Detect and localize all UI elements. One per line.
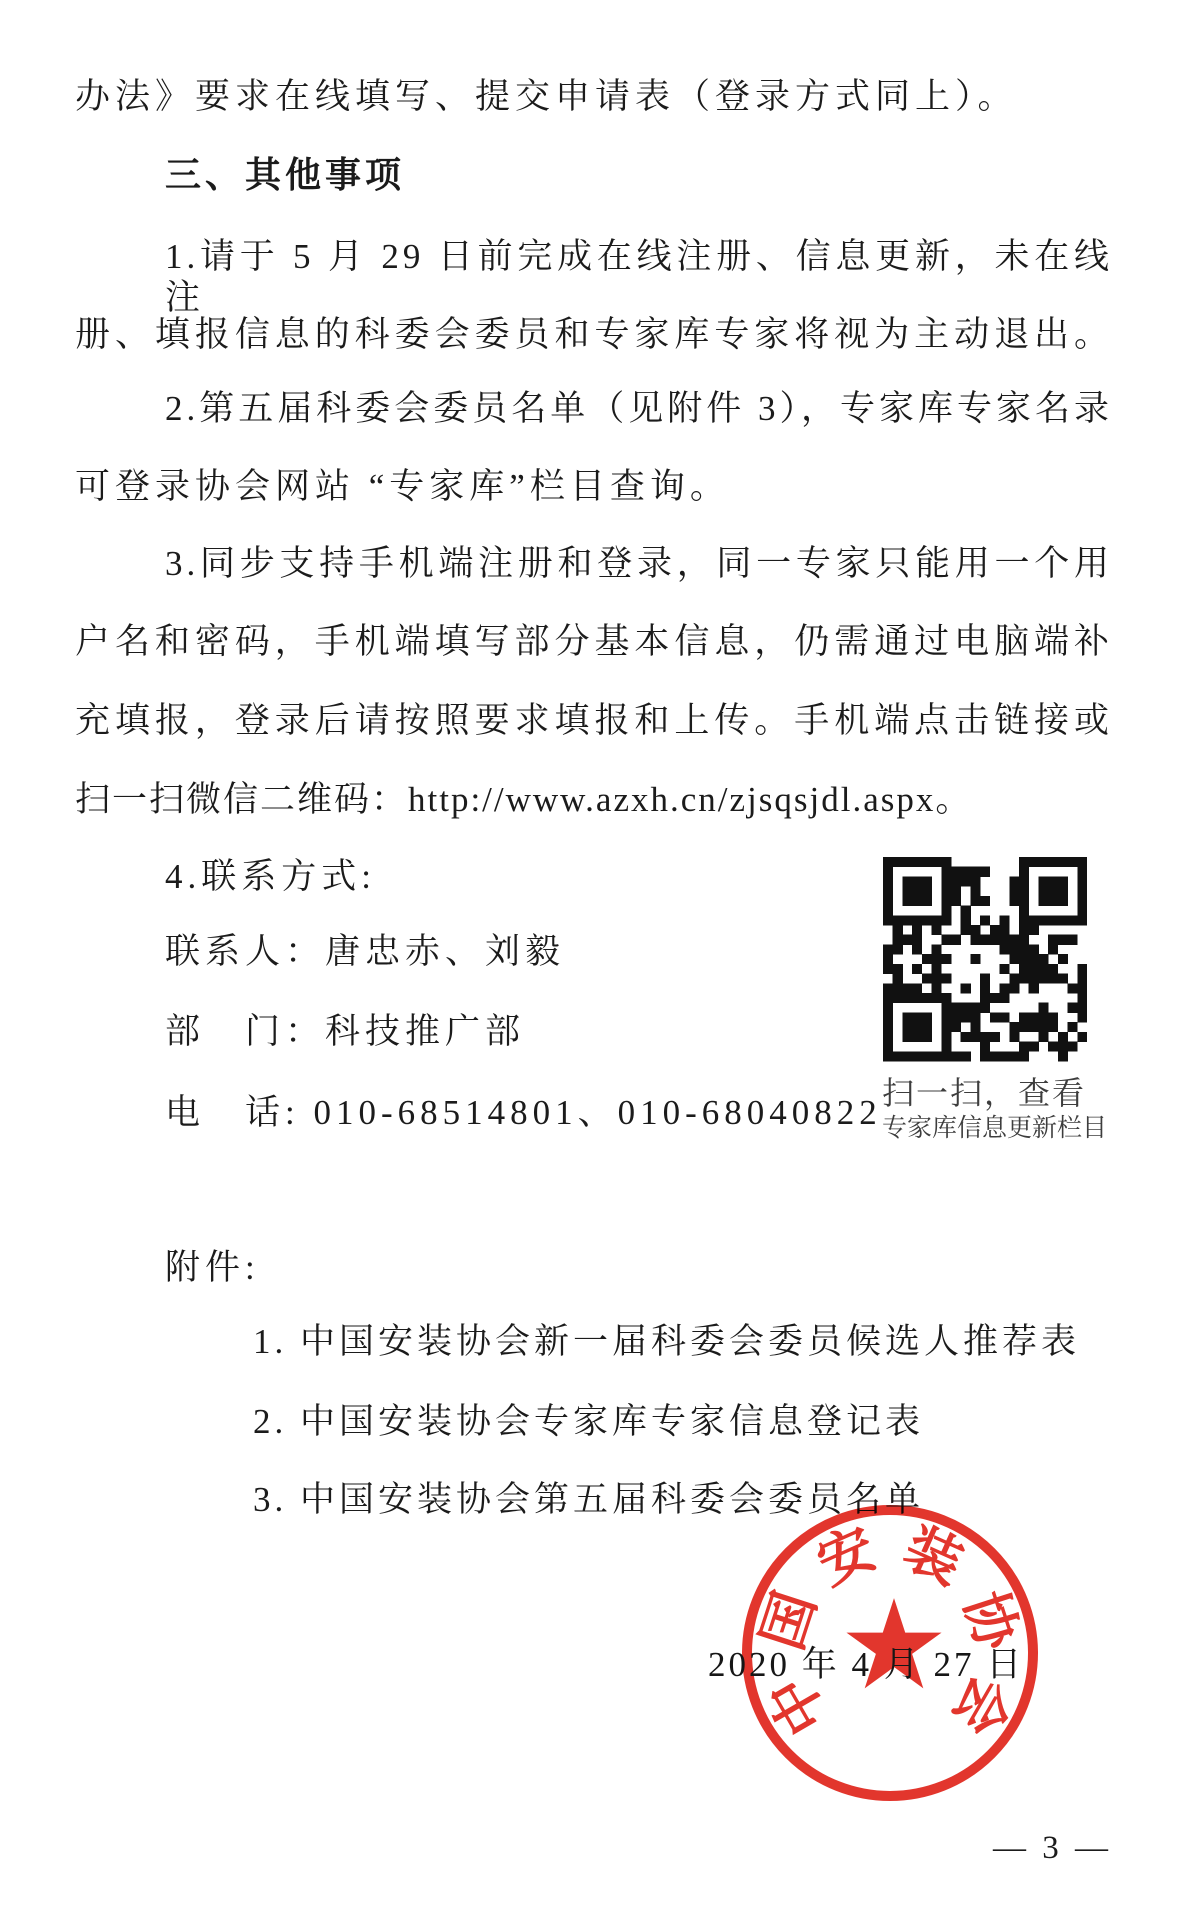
body-line: 可登录协会网站 “专家库”栏目查询。 <box>75 466 730 507</box>
qr-code <box>883 855 1087 1063</box>
contact-phone-line: 电 话: 010-68514801、010-68040822 <box>165 1092 882 1133</box>
qr-code-image <box>883 855 1087 1063</box>
qr-caption-detail: 专家库信息更新栏目 <box>882 1108 1107 1144</box>
body-line: 4.联系方式: <box>165 856 376 897</box>
body-line: 2.第五届科委会委员名单（见附件 3），专家库专家名录 <box>165 388 1113 429</box>
body-line: 办法》要求在线填写、提交申请表（登录方式同上）。 <box>75 76 1018 117</box>
body-line: 户名和密码，手机端填写部分基本信息，仍需通过电脑端补 <box>75 621 1113 662</box>
attachment-item: 1. 中国安装协会新一届科委会委员候选人推荐表 <box>253 1321 1080 1362</box>
page-number: — 3 — <box>993 1830 1112 1867</box>
contact-dept-line: 部 门：科技推广部 <box>165 1011 525 1052</box>
attachment-item: 2. 中国安装协会专家库专家信息登记表 <box>253 1401 924 1442</box>
contact-person-line: 联系人：唐忠赤、刘毅 <box>165 931 565 972</box>
body-line: 册、填报信息的科委会委员和专家库专家将视为主动退出。 <box>75 314 1113 355</box>
body-line: 1.请于 5 月 29 日前完成在线注册、信息更新，未在线注 <box>165 236 1113 319</box>
body-line-url: 扫一扫微信二维码：http://www.azxh.cn/zjsqsjdl.asp… <box>75 779 972 820</box>
body-line: 3.同步支持手机端注册和登录，同一专家只能用一个用 <box>165 543 1113 584</box>
attachment-item: 3. 中国安装协会第五届科委会委员名单 <box>253 1479 924 1520</box>
body-line: 充填报，登录后请按照要求填报和上传。手机端点击链接或 <box>75 700 1113 741</box>
section-heading: 三、其他事项 <box>165 154 405 196</box>
document-page: 办法》要求在线填写、提交申请表（登录方式同上）。 三、其他事项 1.请于 5 月… <box>0 0 1200 1920</box>
attachments-label: 附件: <box>165 1247 260 1288</box>
issue-date: 2020 年 4 月 27 日 <box>708 1637 1024 1687</box>
